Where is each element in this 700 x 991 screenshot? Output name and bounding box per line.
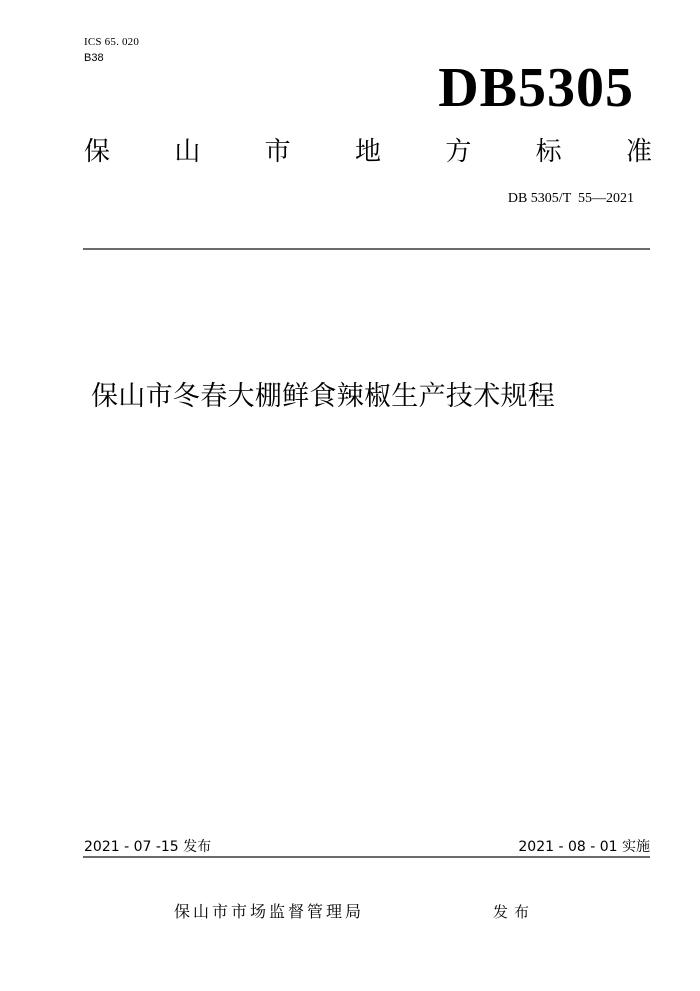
ccs-code: B38 — [84, 52, 104, 64]
standard-type-char: 准 — [626, 135, 652, 169]
implementation-date: 2021 - 08 - 01 实施 — [518, 838, 650, 856]
document-title: 保山市冬春大棚鲜食辣椒生产技术规程 — [91, 378, 555, 416]
standard-type-char: 市 — [265, 135, 291, 169]
footer-divider — [83, 856, 650, 858]
standard-type-char: 保 — [84, 135, 110, 169]
standard-type-char: 方 — [445, 135, 471, 169]
standard-code: DB5305 — [438, 58, 634, 118]
issuing-authority: 保山市市场监督管理局 — [174, 901, 364, 923]
standard-type: 保 山 市 地 方 标 准 — [84, 135, 652, 169]
issue-date: 2021 - 07 -15 发布 — [84, 838, 211, 856]
standard-type-char: 山 — [174, 135, 200, 169]
standard-number: DB 5305/T 55—2021 — [508, 191, 634, 207]
header-divider — [83, 248, 650, 250]
ics-code: ICS 65. 020 — [84, 36, 139, 48]
issue-label: 发布 — [493, 901, 535, 923]
standard-type-char: 地 — [355, 135, 381, 169]
standard-type-char: 标 — [536, 135, 562, 169]
